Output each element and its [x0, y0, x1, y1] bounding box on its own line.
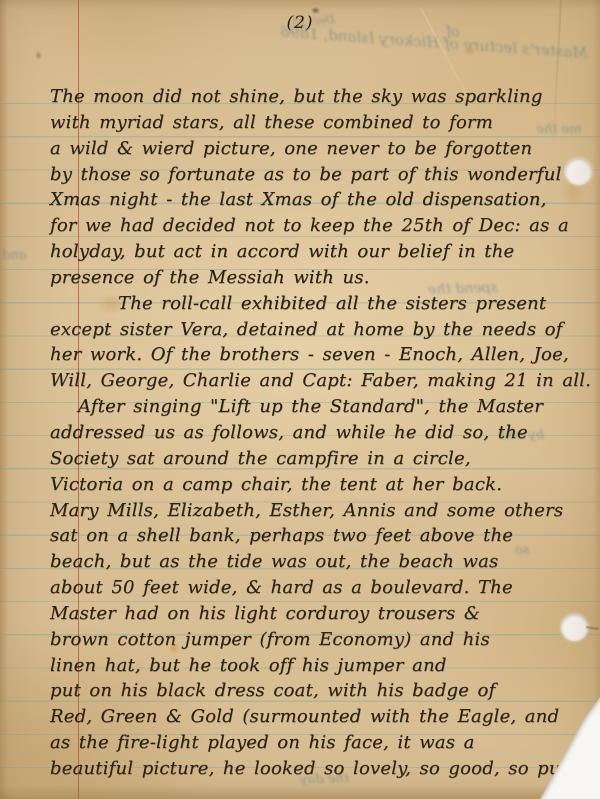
handwriting-line: addressed us as follows, and while he di… — [0, 420, 600, 446]
hole-punch — [565, 158, 592, 185]
handwriting-line: holyday, but act in accord with our beli… — [0, 239, 600, 265]
handwriting-line: for we had decided not to keep the 25th … — [0, 213, 600, 239]
handwriting-line: sat on a shell bank, perhaps two feet ab… — [0, 523, 600, 549]
handwriting-line: except sister Vera, detained at home by … — [0, 317, 600, 343]
handwriting-line: Society sat around the campfire in a cir… — [0, 446, 600, 472]
handwriting-line: presence of the Messiah with us. — [0, 265, 600, 291]
handwriting-line: After singing "Lift up the Standard", th… — [0, 394, 600, 420]
handwriting-line: about 50 feet wide, & hard as a boulevar… — [0, 575, 600, 601]
handwriting-line: a wild & wierd picture, one never to be … — [0, 136, 600, 162]
handwriting-line: beautiful picture, he looked so lovely, … — [0, 756, 600, 782]
pencil-smudge — [35, 51, 42, 60]
handwriting-line: beach, but as the tide was out, the beac… — [0, 549, 600, 575]
handwriting-line: Red, Green & Gold (surmounted with the E… — [0, 704, 600, 730]
handwriting-line: The roll-call exhibited all the sisters … — [0, 291, 600, 317]
handwriting-line: her work. Of the brothers - seven - Enoc… — [0, 342, 600, 368]
handwriting-line: Master had on his light corduroy trouser… — [0, 601, 600, 627]
page-number: (2) — [0, 13, 600, 33]
handwriting-line: as the fire-light played on his face, it… — [0, 730, 600, 756]
handwriting-line: brown cotton jumper (from Economy) and h… — [0, 627, 600, 653]
paper-stain — [463, 46, 477, 56]
manuscript-scan: Dec: 25 Master's lecture of Hickory Isla… — [0, 0, 600, 799]
hole-punch — [561, 614, 588, 641]
handwriting-line: Xmas night - the last Xmas of the old di… — [0, 187, 600, 213]
handwriting-line: with myriad stars, all these combined to… — [0, 110, 600, 136]
handwriting-line: Will, George, Charlie and Capt: Faber, m… — [0, 368, 600, 394]
handwriting-line: by those so fortunate as to be part of t… — [0, 162, 600, 188]
handwriting-line: The moon did not shine, but the sky was … — [0, 84, 600, 110]
handwriting-line: put on his black dress coat, with his ba… — [0, 678, 600, 704]
handwriting-line: Mary Mills, Elizabeth, Esther, Annis and… — [0, 498, 600, 524]
manuscript-page: Dec: 25 Master's lecture of Hickory Isla… — [0, 0, 600, 799]
handwriting-line: linen hat, but he took off his jumper an… — [0, 653, 600, 679]
handwritten-text-block: The moon did not shine, but the sky was … — [0, 84, 600, 782]
handwriting-line: Victoria on a camp chair, the tent at he… — [0, 472, 600, 498]
